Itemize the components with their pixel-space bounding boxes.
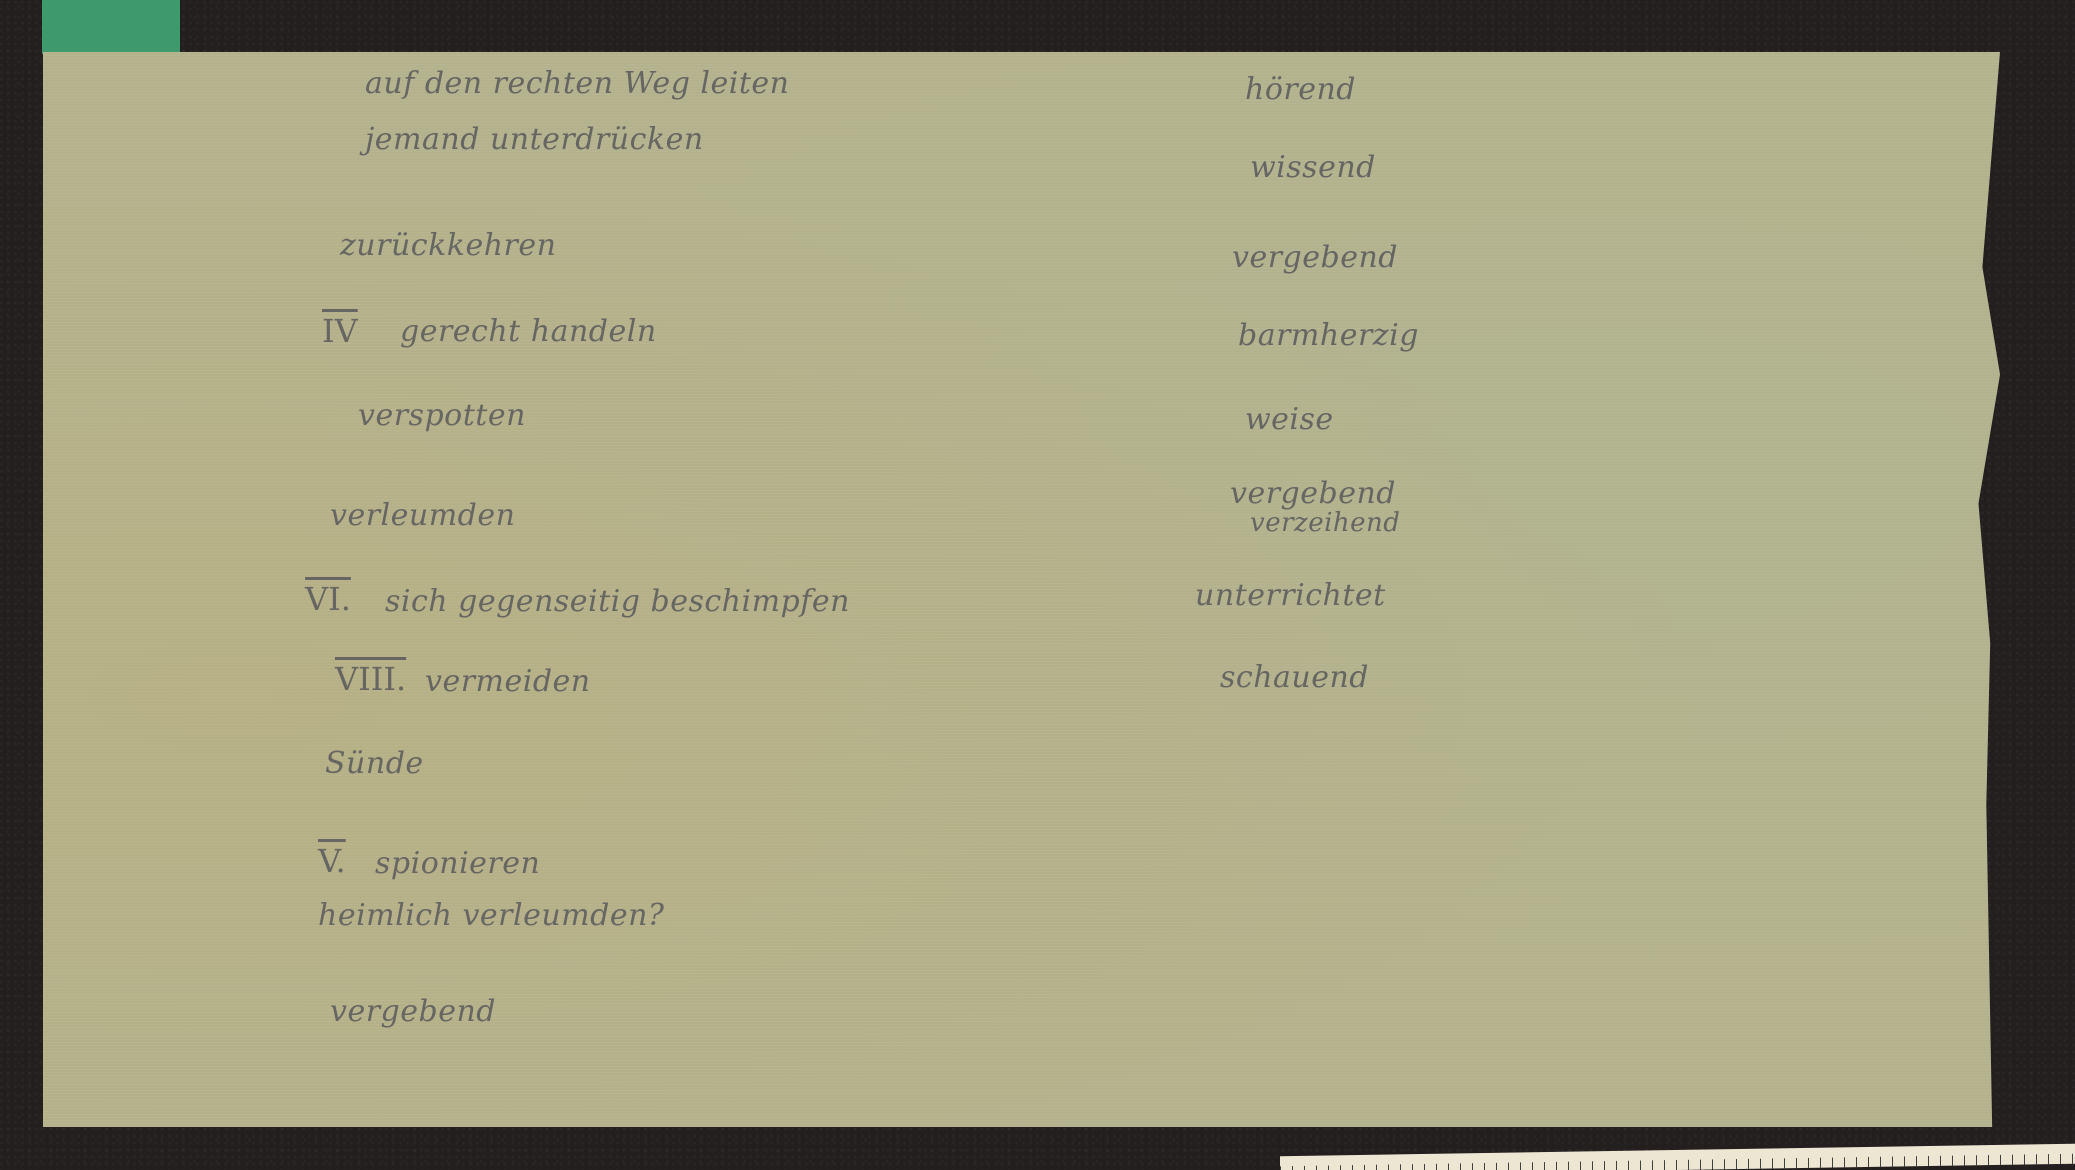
german-gloss: vergebend xyxy=(1230,476,1396,511)
german-gloss: unterrichtet xyxy=(1195,578,1386,613)
verb-form-numeral: VIII. xyxy=(335,660,406,698)
german-gloss: vergebend xyxy=(1232,240,1398,275)
german-gloss: gerecht handeln xyxy=(400,314,657,349)
german-gloss: auf den rechten Weg leiten xyxy=(365,66,790,101)
german-gloss: vergebend xyxy=(330,994,496,1029)
german-gloss: verleumden xyxy=(330,498,515,533)
german-gloss: Sünde xyxy=(325,746,424,781)
verb-form-numeral: VI. xyxy=(305,580,351,618)
german-gloss: verspotten xyxy=(358,398,526,433)
green-index-tab xyxy=(42,0,180,54)
german-gloss: hörend xyxy=(1245,72,1356,107)
german-gloss: heimlich verleumden? xyxy=(318,898,665,933)
german-gloss: schauend xyxy=(1220,660,1369,695)
german-gloss: spionieren xyxy=(375,846,540,881)
german-gloss: barmherzig xyxy=(1238,318,1419,353)
german-gloss: zurückkehren xyxy=(340,228,556,263)
verb-form-numeral: V. xyxy=(318,842,346,880)
german-gloss: vermeiden xyxy=(425,664,591,699)
verb-form-numeral: IV xyxy=(322,312,358,350)
german-gloss: weise xyxy=(1245,402,1334,437)
german-gloss-alt: verzeihend xyxy=(1250,508,1400,538)
german-gloss: wissend xyxy=(1250,150,1376,185)
german-gloss: sich gegenseitig beschimpfen xyxy=(385,584,850,619)
german-gloss: jemand unterdrücken xyxy=(365,122,704,157)
measurement-ruler xyxy=(1280,1144,2075,1170)
